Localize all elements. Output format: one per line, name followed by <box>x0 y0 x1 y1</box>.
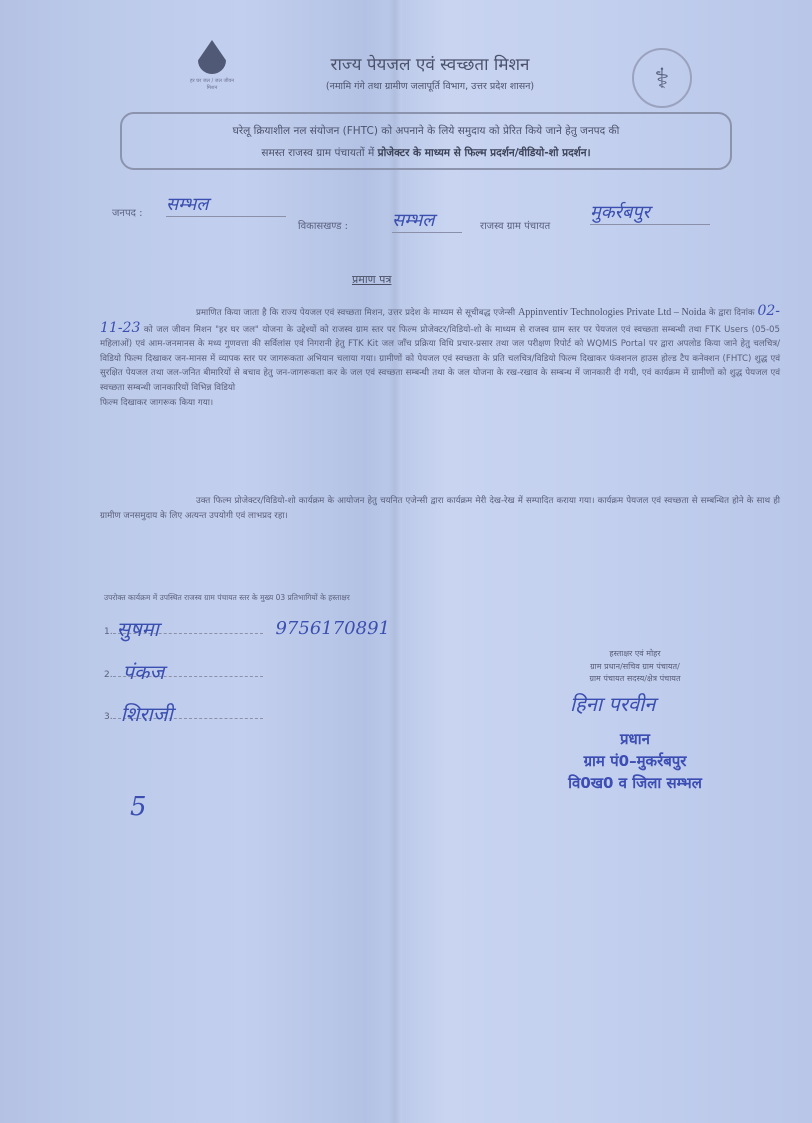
water-drop-icon <box>198 40 226 74</box>
participant-name: शिराजी <box>121 700 173 727</box>
para1-part-b: के द्वारा दिनांक <box>706 308 757 318</box>
para1-part-d: फिल्म दिखाकर जागरूक किया गया। <box>100 396 780 411</box>
banner-line-2-bold: प्रोजेक्टर के माध्यम से फिल्म प्रदर्शन/व… <box>378 147 591 159</box>
participants-label: उपरोक्त कार्यक्रम में उपस्थित राजस्व ग्र… <box>104 592 434 603</box>
pradhan-stamp: प्रधान ग्राम पं0–मुकर्रबपुर वि0ख0 व जिला… <box>530 728 740 794</box>
district-label: जनपद : <box>112 205 143 219</box>
header-subtitle: (नमामि गंगे तथा ग्रामीण जलापूर्ति विभाग,… <box>250 79 610 92</box>
participant-name: पंकज <box>123 658 165 685</box>
signatory-label-2: ग्राम प्रधान/सचिव ग्राम पंचायत/ <box>540 661 730 674</box>
certificate-paragraph-2: उक्त फिल्म प्रोजेक्टर/विडियो-शो कार्यक्र… <box>100 494 780 523</box>
participant-row-1: 1.सुषमा 9756170891 <box>104 618 390 639</box>
stamp-line-1: प्रधान <box>530 728 740 750</box>
participant-number: 3. <box>104 712 113 722</box>
banner-line-1: घरेलू क्रियाशील नल संयोजन (FHTC) को अपना… <box>136 120 716 142</box>
stamp-line-2: ग्राम पं0–मुकर्रबपुर <box>530 750 740 772</box>
banner-line-2-prefix: समस्त राजस्व ग्राम पंचायतों में <box>261 147 377 159</box>
up-emblem-icon: ⚕ <box>632 48 692 108</box>
logo-caption: हर घर जल / जल जीवन मिशन <box>188 78 236 92</box>
certificate-title: प्रमाण पत्र <box>352 272 391 287</box>
signatory-label: हस्ताक्षर एवं मोहर ग्राम प्रधान/सचिव ग्र… <box>540 648 730 686</box>
stamp-line-3: वि0ख0 व जिला सम्भल <box>530 772 740 794</box>
participant-row-2: 2.पंकज <box>104 670 263 680</box>
participant-phone: 9756170891 <box>275 618 390 639</box>
signatory-label-3: ग्राम पंचायत सदस्य/क्षेत्र पंचायत <box>540 673 730 686</box>
margin-mark: 5 <box>130 792 147 822</box>
participant-number: 1. <box>104 627 113 637</box>
para1-part-c: को जल जीवन मिशन "हर घर जल" योजना के उद्द… <box>100 325 780 393</box>
participant-row-3: 3.शिराजी <box>104 712 263 722</box>
banner-line-2: समस्त राजस्व ग्राम पंचायतों में प्रोजेक्… <box>136 142 716 164</box>
district-value[interactable]: सम्भल <box>166 192 286 217</box>
para1-part-a: प्रमाणित किया जाता है कि राज्य पेयजल एवं… <box>196 308 518 318</box>
signatory-label-1: हस्ताक्षर एवं मोहर <box>540 648 730 661</box>
block-label: विकासखण्ड : <box>298 218 348 232</box>
participant-name: सुषमा <box>117 615 159 642</box>
certificate-paragraph-1: प्रमाणित किया जाता है कि राज्य पेयजल एवं… <box>100 304 780 410</box>
block-value[interactable]: सम्भल <box>392 208 462 233</box>
jal-jeevan-mission-logo: हर घर जल / जल जीवन मिशन <box>188 40 236 102</box>
header-title: राज्य पेयजल एवं स्वच्छता मिशन <box>250 52 610 75</box>
village-label: राजस्व ग्राम पंचायत <box>480 218 550 232</box>
program-banner: घरेलू क्रियाशील नल संयोजन (FHTC) को अपना… <box>120 112 732 170</box>
signatory-signature: हिना परवीन <box>570 690 655 717</box>
participant-number: 2. <box>104 670 113 680</box>
village-value[interactable]: मुकर्रबपुर <box>590 200 710 225</box>
agency-name: Appinventiv Technologies Private Ltd – N… <box>518 307 706 318</box>
